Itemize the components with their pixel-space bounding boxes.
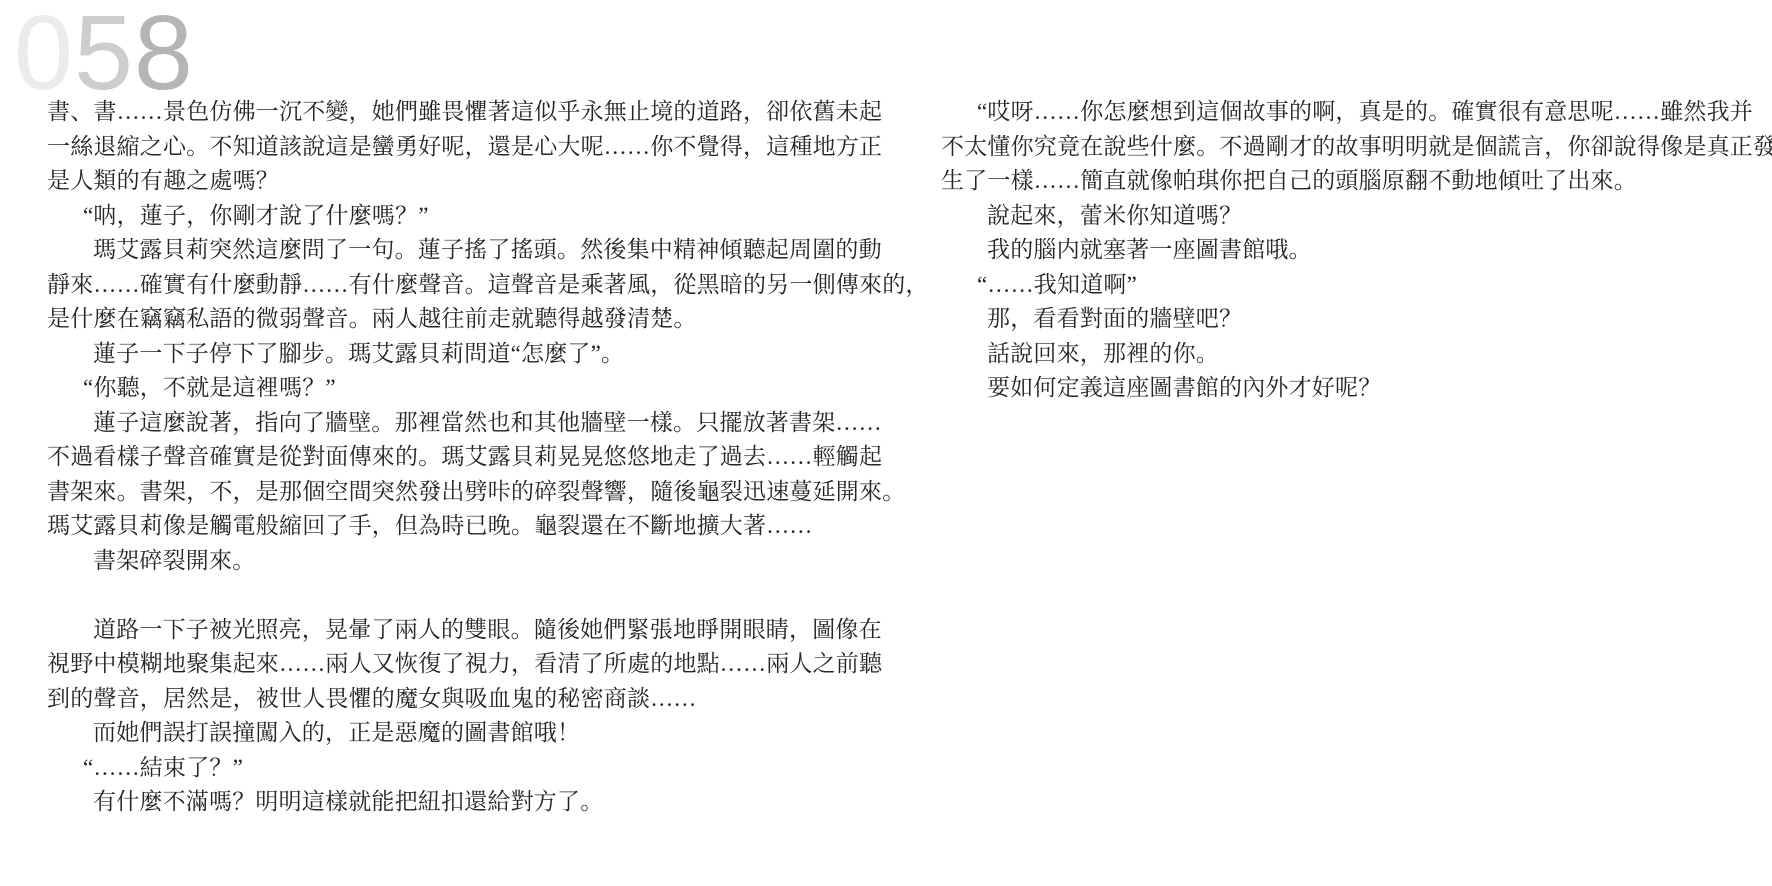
text-line: “……我知道啊” — [941, 268, 1737, 303]
text-line: 而她們誤打誤撞闖入的，正是惡魔的圖書館哦！ — [47, 716, 843, 751]
text-line: 書架來。書架，不，是那個空間突然發出劈咔的碎裂聲響，隨後龜裂迅速蔓延開來。 — [47, 475, 843, 510]
text-line: “你聽，不就是這裡嗎？” — [47, 371, 843, 406]
text-line: 不太懂你究竟在說些什麼。不過剛才的故事明明就是個謊言，你卻說得像是真正發 — [941, 130, 1737, 165]
text-line — [47, 578, 843, 613]
left-text-column: 書、書……景色仿佛一沉不變，她們雖畏懼著這似乎永無止境的道路，卻依舊未起一絲退縮… — [47, 95, 843, 820]
text-line: 話說回來，那裡的你。 — [941, 337, 1737, 372]
text-line: 瑪艾露貝莉突然這麼問了一句。蓮子搖了搖頭。然後集中精神傾聽起周圍的動 — [47, 233, 843, 268]
text-line: “哎呀……你怎麼想到這個故事的啊，真是的。確實很有意思呢……雖然我并 — [941, 95, 1737, 130]
right-text-column: “哎呀……你怎麼想到這個故事的啊，真是的。確實很有意思呢……雖然我并不太懂你究竟… — [941, 95, 1737, 406]
text-line: 視野中模糊地聚集起來……兩人又恢復了視力，看清了所處的地點……兩人之前聽 — [47, 647, 843, 682]
text-line: 道路一下子被光照亮，晃暈了兩人的雙眼。隨後她們緊張地睜開眼睛，圖像在 — [47, 613, 843, 648]
text-line: 我的腦内就塞著一座圖書館哦。 — [941, 233, 1737, 268]
text-line: 說起來，蕾米你知道嗎？ — [941, 199, 1737, 234]
page-number: 058 — [14, 0, 194, 106]
text-line: 靜來……確實有什麼動靜……有什麼聲音。這聲音是乘著風，從黑暗的另一側傳來的， — [47, 268, 843, 303]
text-line: 不過看樣子聲音確實是從對面傳來的。瑪艾露貝莉晃晃悠悠地走了過去……輕觸起 — [47, 440, 843, 475]
text-line: “……結束了？” — [47, 751, 843, 786]
text-line: 有什麼不滿嗎？明明這樣就能把紐扣還給對方了。 — [47, 785, 843, 820]
text-line: 一絲退縮之心。不知道該說這是蠻勇好呢，還是心大呢……你不覺得，這種地方正 — [47, 130, 843, 165]
text-line: 生了一樣……簡直就像帕琪你把自己的頭腦原翻不動地傾吐了出來。 — [941, 164, 1737, 199]
text-line: 那，看看對面的牆壁吧？ — [941, 302, 1737, 337]
book-page: { "page": { "number": "058", "number_dig… — [0, 0, 1772, 886]
text-line: 蓮子一下子停下了腳步。瑪艾露貝莉問道“怎麼了”。 — [47, 337, 843, 372]
text-line: 蓮子這麼說著，指向了牆壁。那裡當然也和其他牆壁一樣。只擺放著書架…… — [47, 406, 843, 441]
text-line: 書架碎裂開來。 — [47, 544, 843, 579]
text-line: 是什麼在竊竊私語的微弱聲音。兩人越往前走就聽得越發清楚。 — [47, 302, 843, 337]
text-line: 是人類的有趣之處嗎？ — [47, 164, 843, 199]
text-line: 書、書……景色仿佛一沉不變，她們雖畏懼著這似乎永無止境的道路，卻依舊未起 — [47, 95, 843, 130]
text-line: 到的聲音，居然是，被世人畏懼的魔女與吸血鬼的秘密商談…… — [47, 682, 843, 717]
text-line: 瑪艾露貝莉像是觸電般縮回了手，但為時已晚。龜裂還在不斷地擴大著…… — [47, 509, 843, 544]
text-line: “呐，蓮子，你剛才說了什麼嗎？” — [47, 199, 843, 234]
text-line: 要如何定義這座圖書館的內外才好呢？ — [941, 371, 1737, 406]
